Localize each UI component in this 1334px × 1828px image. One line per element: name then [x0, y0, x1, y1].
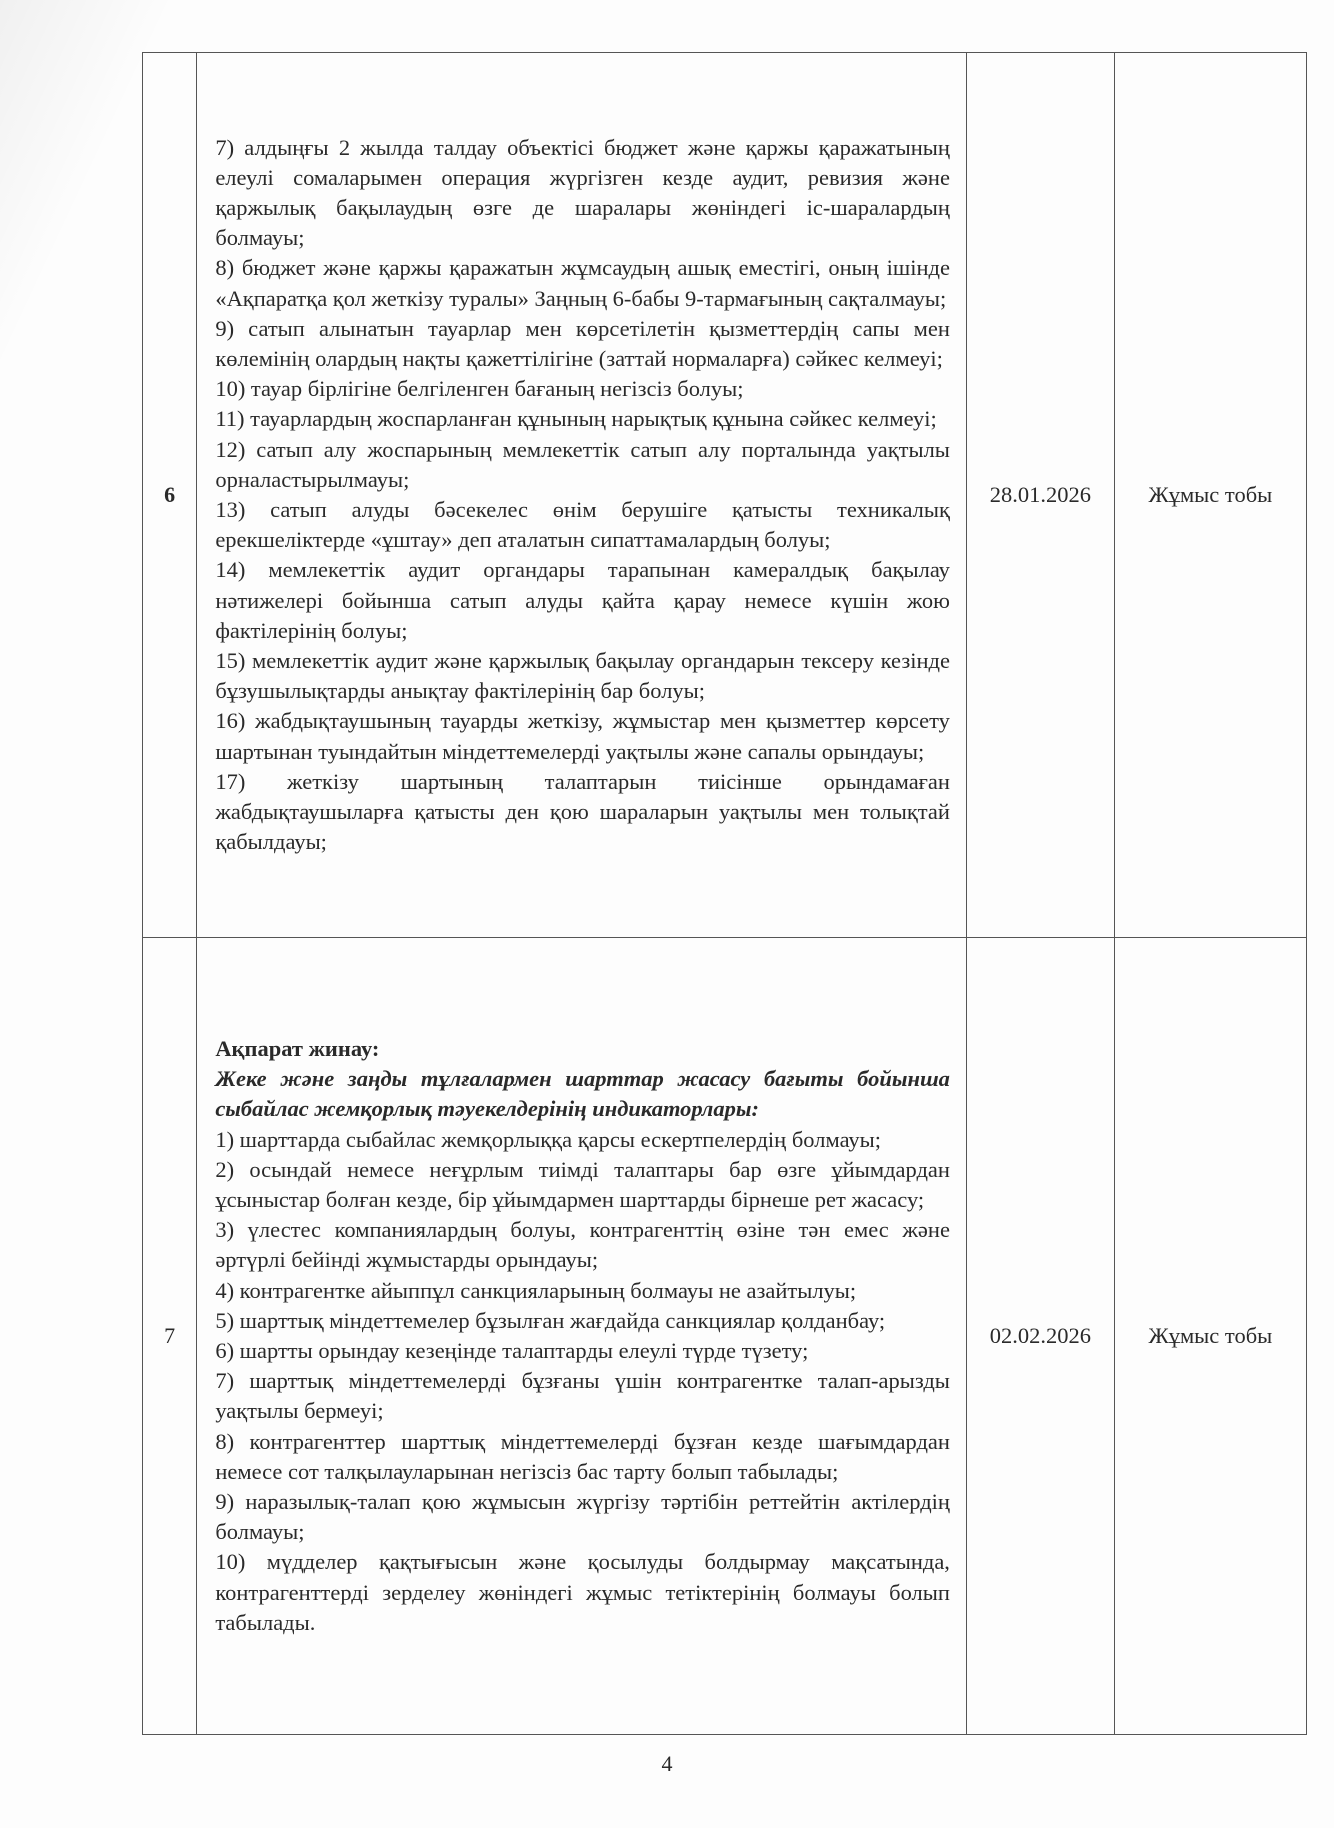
row-responsible: Жұмыс тобы [1114, 938, 1306, 1735]
list-item: 16) жабдықтаушының тауарды жеткізу, жұмы… [215, 706, 950, 766]
measures-table: 6 7) алдыңғы 2 жылда талдау объектісі бю… [142, 52, 1307, 1735]
list-item: 10) тауар бірлігіне белгіленген бағаның … [215, 374, 950, 404]
row-description: Ақпарат жинау: Жеке және заңды тұлғаларм… [197, 938, 967, 1735]
list-item: 13) сатып алуды бәсекелес өнім берушіге … [215, 495, 950, 555]
row-deadline: 02.02.2026 [966, 938, 1114, 1735]
list-item: 9) сатып алынатын тауарлар мен көрсетіле… [215, 314, 950, 374]
section-heading: Ақпарат жинау: [215, 1034, 950, 1064]
list-item: 7) шарттық міндеттемелерді бұзғаны үшін … [215, 1366, 950, 1426]
list-item: 7) алдыңғы 2 жылда талдау объектісі бюдж… [215, 133, 950, 254]
list-item: 8) бюджет және қаржы қаражатын жұмсаудың… [215, 253, 950, 313]
list-item: 3) үлестес компаниялардың болуы, контраг… [215, 1215, 950, 1275]
list-item: 2) осындай немесе неғұрлым тиімді талапт… [215, 1155, 950, 1215]
table-row: 7 Ақпарат жинау: Жеке және заңды тұлғала… [143, 938, 1307, 1735]
table-row: 6 7) алдыңғы 2 жылда талдау объектісі бю… [143, 53, 1307, 938]
list-item: 15) мемлекеттік аудит және қаржылық бақы… [215, 646, 950, 706]
list-item: 17) жеткізу шартының талаптарын тиісінше… [215, 767, 950, 858]
list-item: 12) сатып алу жоспарының мемлекеттік сат… [215, 435, 950, 495]
list-item: 6) шартты орындау кезеңінде талаптарды е… [215, 1336, 950, 1366]
section-subheading: Жеке және заңды тұлғалармен шарттар жаса… [215, 1064, 950, 1124]
row-responsible: Жұмыс тобы [1114, 53, 1306, 938]
row-number: 7 [143, 938, 197, 1735]
row-description: 7) алдыңғы 2 жылда талдау объектісі бюдж… [197, 53, 967, 938]
list-item: 10) мүдделер қақтығысын және қосылуды бо… [215, 1547, 950, 1638]
list-item: 14) мемлекеттік аудит органдары тарапына… [215, 555, 950, 646]
list-item: 11) тауарлардың жоспарланған құнының нар… [215, 404, 950, 434]
list-item: 9) наразылық-талап қою жұмысын жүргізу т… [215, 1487, 950, 1547]
page-number: 4 [0, 1751, 1334, 1777]
list-item: 5) шарттық міндеттемелер бұзылған жағдай… [215, 1306, 950, 1336]
list-item: 8) контрагенттер шарттық міндеттемелерді… [215, 1427, 950, 1487]
row-number: 6 [143, 53, 197, 938]
row-deadline: 28.01.2026 [966, 53, 1114, 938]
list-item: 4) контрагентке айыппұл санкцияларының б… [215, 1276, 950, 1306]
list-item: 1) шарттарда сыбайлас жемқорлыққа қарсы … [215, 1125, 950, 1155]
